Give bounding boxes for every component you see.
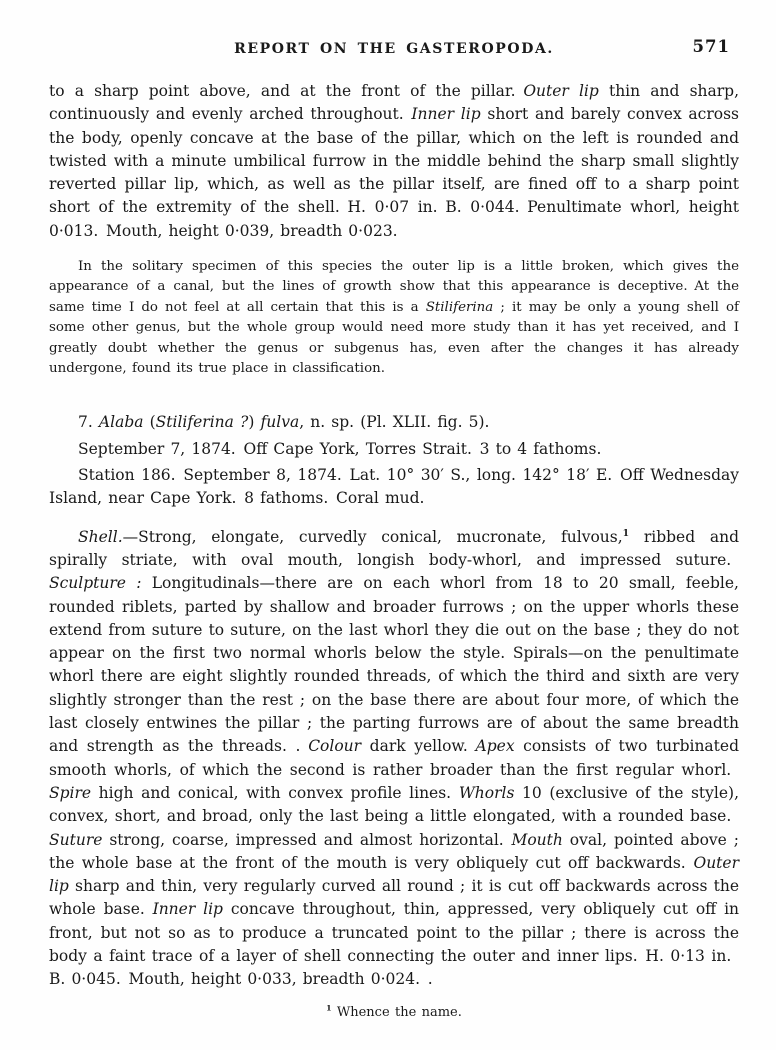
description-paragraph: Shell.—Strong, elongate, curvedly conica… [49,526,739,992]
text-run: to a sharp point above, and at the front… [49,82,523,100]
remarks-paragraph: In the solitary specimen of this species… [49,257,739,379]
text-run: Station 186. September 8, 1874. Lat. 10°… [49,466,739,507]
italic-term: Inner lip [153,900,223,918]
italic-term: Alaba [99,413,144,431]
text-run: —Strong, elongate, curvedly conical, muc… [123,528,623,546]
italic-term: Spire [49,784,91,802]
italic-term: Whorls [459,784,515,802]
text-run: September 7, 1874. Off Cape York, Torres… [78,440,601,458]
record-line-2: Station 186. September 8, 1874. Lat. 10°… [49,464,739,511]
italic-term: Outer lip [523,82,599,100]
scanned-book-page: REPORT ON THE GASTEROPODA. 571 to a shar… [0,0,776,1050]
text-run: dark yellow. [361,737,475,755]
italic-term: Shell. [78,528,123,546]
continuation-paragraph: to a sharp point above, and at the front… [49,80,739,243]
page-number: 571 [693,37,730,56]
italic-term: Colour [308,737,361,755]
text-block: to a sharp point above, and at the front… [49,80,739,1024]
italic-term: Mouth [511,831,562,849]
italic-term: Stiliferina [426,300,494,315]
italic-term: Stiliferina ? [156,413,249,431]
italic-term: Inner lip [411,105,480,123]
italic-term: fulva [261,413,300,431]
text-run: Whence the name. [332,1005,462,1020]
record-line-1: September 7, 1874. Off Cape York, Torres… [49,438,739,461]
text-run: high and conical, with convex profile li… [91,784,459,802]
italic-term: Suture [49,831,102,849]
text-run: , n. sp. (Pl. XLII. fig. 5). [299,413,489,431]
species-heading: 7. Alaba (Stiliferina ?) fulva, n. sp. (… [49,411,739,434]
text-run: short and barely convex across the body,… [49,105,739,239]
text-run: 7. [78,413,99,431]
text-run: Longitudinals—there are on each whorl fr… [49,574,739,755]
text-run: ( [143,413,155,431]
footnote: 1 Whence the name. [49,1001,739,1024]
italic-term: Apex [476,737,515,755]
text-run: ) [248,413,260,431]
italic-term: Sculpture : [49,574,141,592]
running-head: REPORT ON THE GASTEROPODA. [49,41,739,57]
text-run: strong, coarse, impressed and almost hor… [102,831,511,849]
